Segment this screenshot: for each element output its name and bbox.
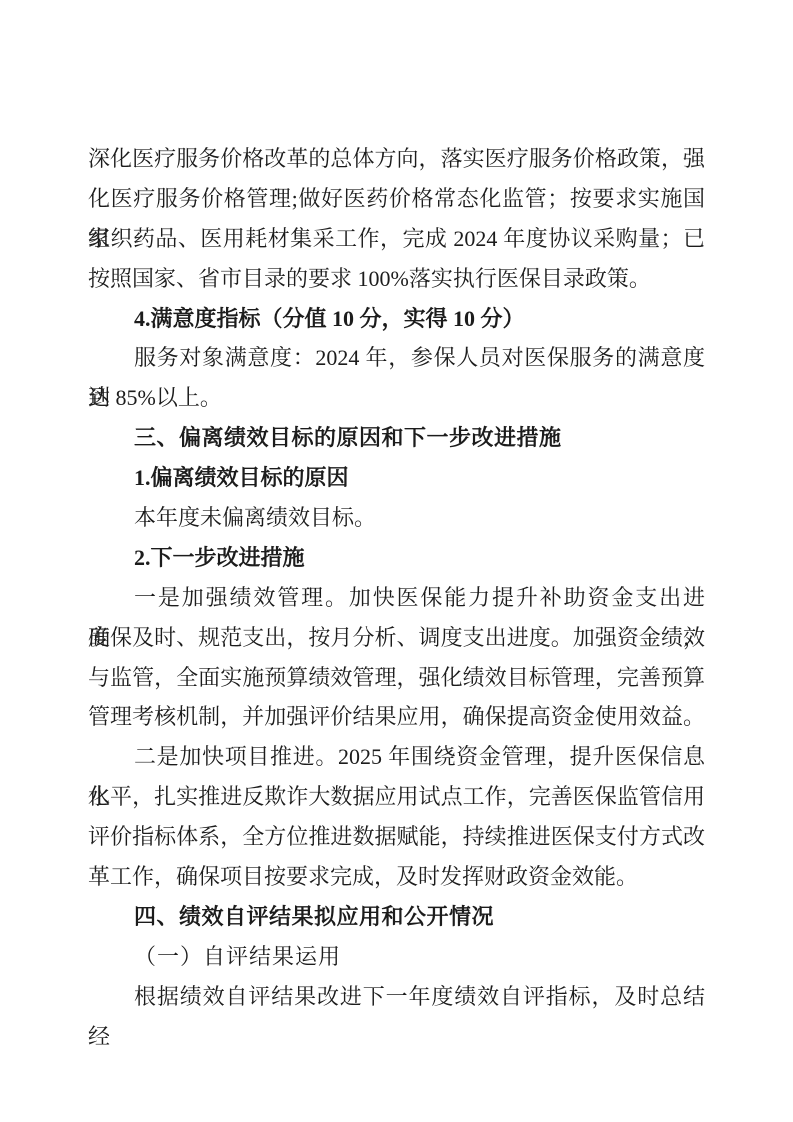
text-line: 革工作，确保项目按要求完成，及时发挥财政资金效能。 bbox=[88, 857, 705, 897]
text-line: 管理考核机制，并加强评价结果应用，确保提高资金使用效益。 bbox=[88, 697, 705, 737]
text-line: 水平，扎实推进反欺诈大数据应用试点工作，完善医保监管信用 bbox=[88, 777, 705, 817]
text-line: 三、偏离绩效目标的原因和下一步改进措施 bbox=[88, 418, 705, 458]
text-line: 四、绩效自评结果拟应用和公开情况 bbox=[88, 897, 705, 937]
text-line: 服务对象满意度：2024 年，参保人员对医保服务的满意度达 bbox=[88, 338, 705, 378]
text-line: 一是加强绩效管理。加快医保能力提升补助资金支出进度， bbox=[88, 578, 705, 618]
text-line: 2.下一步改进措施 bbox=[88, 538, 705, 578]
text-line: 化医疗服务价格管理;做好医药价格常态化监管；按要求实施国家 bbox=[88, 179, 705, 219]
document-body: 深化医疗服务价格改革的总体方向，落实医疗服务价格政策，强化医疗服务价格管理;做好… bbox=[88, 139, 705, 1017]
text-line: 1.偏离绩效目标的原因 bbox=[88, 458, 705, 498]
text-line: 按照国家、省市目录的要求 100%落实执行医保目录政策。 bbox=[88, 259, 705, 299]
text-line: 评价指标体系，全方位推进数据赋能，持续推进医保支付方式改 bbox=[88, 817, 705, 857]
text-line: 组织药品、医用耗材集采工作，完成 2024 年度协议采购量；已 bbox=[88, 219, 705, 259]
text-line: 根据绩效自评结果改进下一年度绩效自评指标，及时总结经 bbox=[88, 977, 705, 1017]
document-page: 深化医疗服务价格改革的总体方向，落实医疗服务价格政策，强化医疗服务价格管理;做好… bbox=[0, 0, 793, 1122]
text-line: 深化医疗服务价格改革的总体方向，落实医疗服务价格政策，强 bbox=[88, 139, 705, 179]
text-line: 确保及时、规范支出，按月分析、调度支出进度。加强资金绩效 bbox=[88, 618, 705, 658]
text-line: 本年度未偏离绩效目标。 bbox=[88, 498, 705, 538]
text-line: 到 85%以上。 bbox=[88, 378, 705, 418]
text-line: 与监管，全面实施预算绩效管理，强化绩效目标管理，完善预算 bbox=[88, 658, 705, 698]
text-line: 4.满意度指标（分值 10 分，实得 10 分） bbox=[88, 299, 705, 339]
text-line: 二是加快项目推进。2025 年围绕资金管理，提升医保信息化 bbox=[88, 737, 705, 777]
text-line: （一）自评结果运用 bbox=[88, 937, 705, 977]
